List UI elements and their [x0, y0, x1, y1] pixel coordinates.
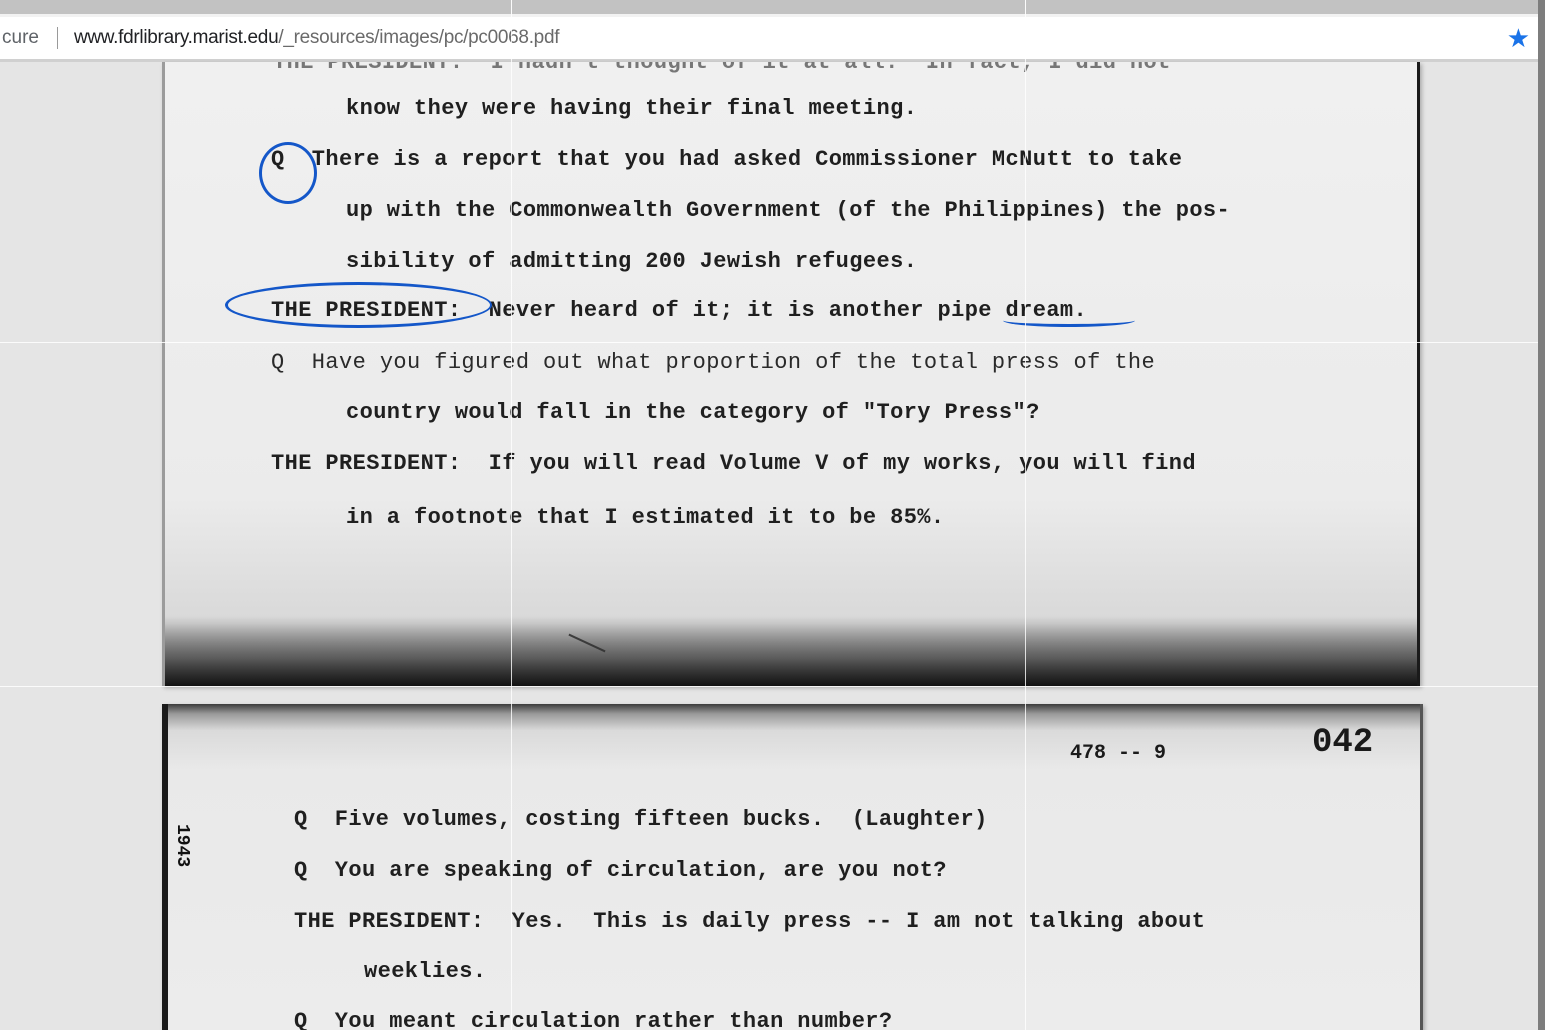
- security-indicator[interactable]: cure: [0, 27, 39, 49]
- tile-seam: [0, 342, 1538, 343]
- browser-toolbar: cure www.fdrlibrary.marist.edu/_resource…: [0, 14, 1538, 60]
- doc-line: THE PRESIDENT: If you will read Volume V…: [271, 451, 1196, 476]
- doc-line: Q You meant circulation rather than numb…: [294, 1009, 893, 1030]
- doc-line: know they were having their final meetin…: [346, 96, 917, 121]
- doc-line-cut: THE PRESIDENT: I hadn't thought of it at…: [273, 62, 1171, 75]
- doc-line: THE PRESIDENT: Yes. This is daily press …: [294, 909, 1205, 934]
- doc-line: sibility of admitting 200 Jewish refugee…: [346, 249, 917, 274]
- doc-line: Q There is a report that you had asked C…: [271, 147, 1182, 172]
- pdf-page-1: THE PRESIDENT: I hadn't thought of it at…: [162, 62, 1420, 686]
- doc-line: weeklies.: [364, 959, 486, 984]
- doc-line: country would fall in the category of "T…: [346, 400, 1040, 425]
- doc-line: up with the Commonwealth Government (of …: [346, 198, 1230, 223]
- ink-underline-pipe-dream: [1003, 314, 1135, 327]
- page-edge-shadow: [165, 616, 1417, 686]
- url-path[interactable]: /_resources/images/pc/pc0068.pdf: [278, 27, 559, 49]
- pdf-page-2: 478 -- 9 042 1943 Q Five volumes, costin…: [162, 704, 1423, 1030]
- window-edge: [1538, 0, 1545, 1030]
- tile-seam: [1025, 0, 1026, 1030]
- star-icon[interactable]: ★: [1507, 24, 1530, 52]
- tile-seam: [511, 0, 512, 1030]
- stamp-number: 042: [1312, 724, 1373, 762]
- doc-line: Q You are speaking of circulation, are y…: [294, 858, 947, 883]
- ink-circle-president: [225, 282, 492, 328]
- doc-line: Q Have you figured out what proportion o…: [271, 350, 1155, 375]
- tile-seam: [0, 686, 1538, 687]
- omnibox-divider: [57, 27, 58, 49]
- url-host[interactable]: www.fdrlibrary.marist.edu: [74, 27, 278, 49]
- document-reference: 478 -- 9: [1070, 742, 1166, 765]
- margin-mark: 1943: [172, 824, 192, 867]
- doc-line: Q Five volumes, costing fifteen bucks. (…: [294, 807, 988, 832]
- ink-circle-q: [259, 142, 317, 204]
- pdf-viewer[interactable]: THE PRESIDENT: I hadn't thought of it at…: [0, 62, 1538, 1030]
- tab-strip: [0, 0, 1538, 14]
- address-bar[interactable]: cure www.fdrlibrary.marist.edu/_resource…: [0, 17, 1538, 59]
- doc-line: in a footnote that I estimated it to be …: [346, 505, 945, 530]
